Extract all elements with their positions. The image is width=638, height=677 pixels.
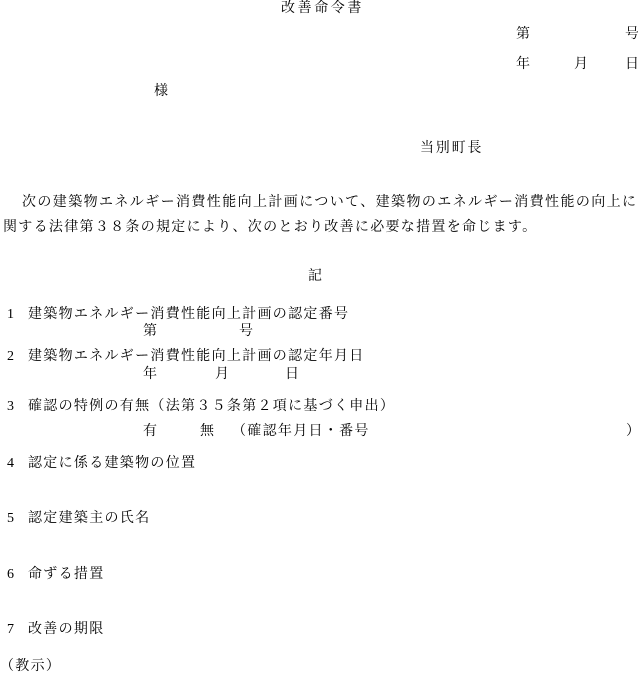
item-3-sub-no: 無	[200, 424, 215, 440]
section-marker: 記	[308, 269, 323, 285]
item-5-text: 認定建築主の氏名	[28, 511, 150, 527]
item-4-text: 認定に係る建築物の位置	[28, 456, 196, 472]
issuer-name: 当別町長	[420, 141, 483, 157]
item-3-number: 3	[7, 399, 14, 415]
item-2-sub-month: 月	[215, 367, 230, 383]
footer-note: （教示）	[0, 659, 61, 675]
item-7-number: 7	[7, 622, 14, 638]
doc-date-day: 日	[625, 57, 638, 73]
item-1-sub-dai: 第	[143, 324, 158, 340]
item-2-sub-year: 年	[143, 367, 158, 383]
body-paragraph-line-1: 次の建築物エネルギー消費性能向上計画について、建築物のエネルギー消費性能の向上に	[22, 195, 637, 211]
item-3-sub-paren-open: （確認年月日・番号	[232, 424, 370, 440]
doc-number-suffix: 号	[625, 27, 638, 43]
item-2-text: 建築物エネルギー消費性能向上計画の認定年月日	[28, 349, 365, 365]
item-6-number: 6	[7, 567, 14, 583]
item-4-number: 4	[7, 456, 14, 472]
item-3-sub-yes: 有	[143, 424, 158, 440]
item-1-sub-go: 号	[239, 324, 254, 340]
item-3-text: 確認の特例の有無（法第３５条第２項に基づく申出）	[28, 399, 395, 415]
doc-date-month: 月	[574, 57, 589, 73]
item-5-number: 5	[7, 511, 14, 527]
doc-date-year: 年	[516, 57, 531, 73]
document-page: 改善命令書 第 号 年 月 日 様 当別町長 次の建築物エネルギー消費性能向上計…	[0, 0, 638, 677]
item-2-sub-day: 日	[285, 367, 300, 383]
item-7-text: 改善の期限	[28, 622, 105, 638]
item-1-text: 建築物エネルギー消費性能向上計画の認定番号	[28, 307, 349, 323]
item-2-number: 2	[7, 349, 14, 365]
item-3-sub-paren-close: ）	[626, 424, 638, 440]
doc-number-prefix: 第	[516, 27, 531, 43]
doc-title: 改善命令書	[281, 1, 364, 17]
item-1-number: 1	[7, 307, 14, 323]
addressee-honorific: 様	[154, 84, 169, 100]
item-6-text: 命ずる措置	[28, 567, 105, 583]
body-paragraph-line-2: 関する法律第３８条の規定により、次のとおり改善に必要な措置を命じます。	[3, 220, 537, 236]
